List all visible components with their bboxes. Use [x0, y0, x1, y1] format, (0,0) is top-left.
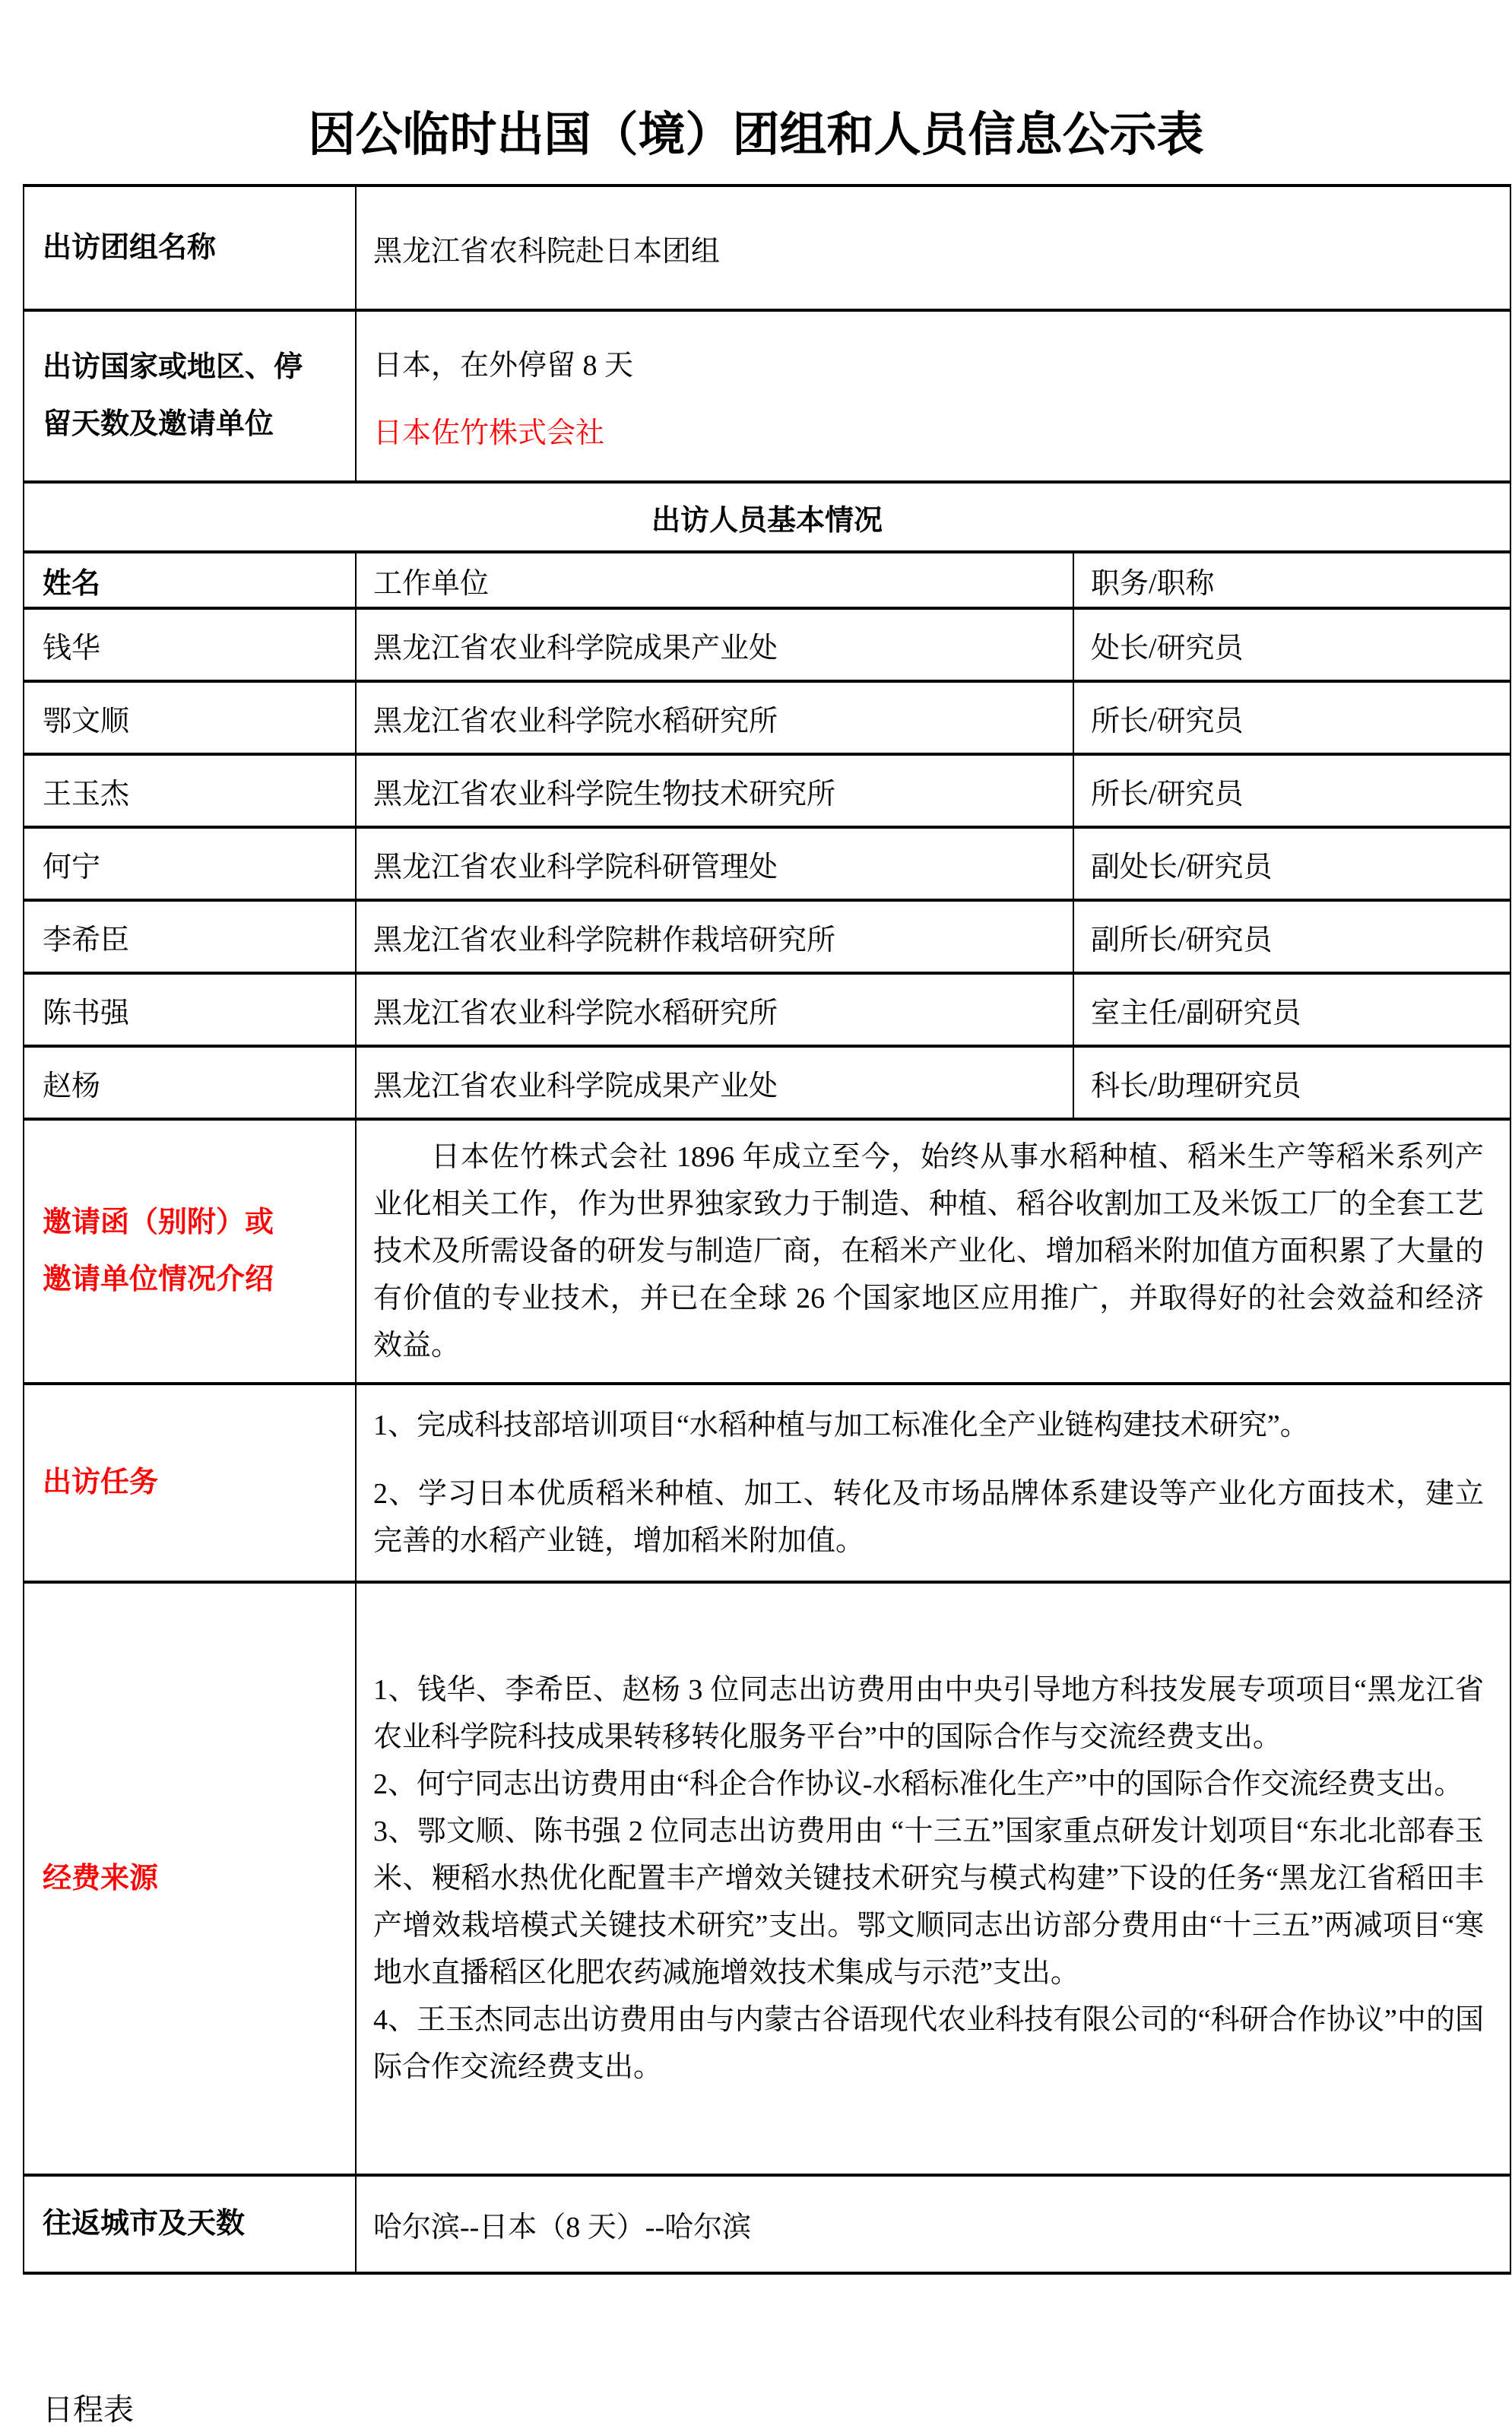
person-title: 所长/研究员 [1073, 754, 1510, 827]
funding-item: 4、王玉杰同志出访费用由与内蒙古谷语现代农业科技有限公司的“科研合作协议”中的国… [373, 1996, 1484, 2091]
person-unit: 黑龙江省农业科学院水稻研究所 [356, 681, 1073, 754]
table-row: 赵杨 黑龙江省农业科学院成果产业处 科长/助理研究员 [24, 1046, 1510, 1119]
row-invitation: 邀请函（别附）或 邀请单位情况介绍 日本佐竹株式会社 1896 年成立至今，始终… [24, 1119, 1510, 1384]
table-row: 王玉杰 黑龙江省农业科学院生物技术研究所 所长/研究员 [24, 754, 1510, 827]
destination-value-cell: 日本，在外停留 8 天 日本佐竹株式会社 [356, 310, 1510, 482]
col-header-name: 姓名 [24, 552, 356, 608]
row-funding: 经费来源 1、钱华、李希臣、赵杨 3 位同志出访费用由中央引导地方科技发展专项项… [24, 1582, 1510, 2175]
person-unit: 黑龙江省农业科学院科研管理处 [356, 827, 1073, 900]
person-title: 副处长/研究员 [1073, 827, 1510, 900]
funding-item: 3、鄂文顺、陈书强 2 位同志出访费用由 “十三五”国家重点研发计划项目“东北北… [373, 1808, 1484, 1996]
row-tasks: 出访任务 1、完成科技部培训项目“水稻种植与加工标准化全产业链构建技术研究”。 … [24, 1384, 1510, 1582]
person-name: 赵杨 [24, 1046, 356, 1119]
person-name: 陈书强 [24, 973, 356, 1046]
task-item: 1、完成科技部培训项目“水稻种植与加工标准化全产业链构建技术研究”。 [373, 1402, 1484, 1449]
destination-country-days: 日本，在外停留 8 天 [373, 341, 1484, 383]
person-title: 室主任/副研究员 [1073, 973, 1510, 1046]
table-row: 鄂文顺 黑龙江省农业科学院水稻研究所 所长/研究员 [24, 681, 1510, 754]
person-name: 何宁 [24, 827, 356, 900]
tasks-label: 出访任务 [24, 1384, 356, 1582]
funding-label: 经费来源 [24, 1582, 356, 2175]
funding-cell: 1、钱华、李希臣、赵杨 3 位同志出访费用由中央引导地方科技发展专项项目“黑龙江… [356, 1582, 1510, 2175]
page-title: 因公临时出国（境）团组和人员信息公示表 [0, 105, 1512, 166]
row-destination: 出访国家或地区、停 留天数及邀请单位 日本，在外停留 8 天 日本佐竹株式会社 [24, 310, 1510, 482]
route-label: 往返城市及天数 [24, 2175, 356, 2273]
table-row: 陈书强 黑龙江省农业科学院水稻研究所 室主任/副研究员 [24, 973, 1510, 1046]
task-item: 2、学习日本优质稻米种植、加工、转化及市场品牌体系建设等产业化方面技术，建立完善… [373, 1470, 1484, 1565]
person-name: 李希臣 [24, 900, 356, 973]
schedule-note: 日程表 [43, 2386, 134, 2429]
row-section-header: 出访人员基本情况 [24, 482, 1510, 552]
document-page: { "page": { "title": "因公临时出国（境）团组和人员信息公示… [0, 0, 1512, 2428]
person-title: 科长/助理研究员 [1073, 1046, 1510, 1119]
route-value: 哈尔滨--日本（8 天）--哈尔滨 [356, 2175, 1510, 2273]
tasks-cell: 1、完成科技部培训项目“水稻种植与加工标准化全产业链构建技术研究”。 2、学习日… [356, 1384, 1510, 1582]
person-name: 鄂文顺 [24, 681, 356, 754]
person-unit: 黑龙江省农业科学院生物技术研究所 [356, 754, 1073, 827]
person-unit: 黑龙江省农业科学院成果产业处 [356, 608, 1073, 681]
inviting-unit: 日本佐竹株式会社 [373, 409, 1484, 451]
person-title: 所长/研究员 [1073, 681, 1510, 754]
destination-label: 出访国家或地区、停 留天数及邀请单位 [24, 310, 356, 482]
personnel-section-title: 出访人员基本情况 [24, 482, 1510, 552]
person-name: 王玉杰 [24, 754, 356, 827]
invitation-text: 日本佐竹株式会社 1896 年成立至今，始终从事水稻种植、稻米生产等稻米系列产业… [373, 1134, 1484, 1369]
person-unit: 黑龙江省农业科学院成果产业处 [356, 1046, 1073, 1119]
row-personnel-header: 姓名 工作单位 职务/职称 [24, 552, 1510, 608]
invitation-label: 邀请函（别附）或 邀请单位情况介绍 [24, 1119, 356, 1384]
info-table: 出访团组名称 黑龙江省农科院赴日本团组 出访国家或地区、停 留天数及邀请单位 日… [23, 184, 1511, 2275]
person-unit: 黑龙江省农业科学院水稻研究所 [356, 973, 1073, 1046]
group-name-value: 黑龙江省农科院赴日本团组 [356, 186, 1510, 310]
person-title: 处长/研究员 [1073, 608, 1510, 681]
col-header-unit: 工作单位 [356, 552, 1073, 608]
row-route: 往返城市及天数 哈尔滨--日本（8 天）--哈尔滨 [24, 2175, 1510, 2273]
invitation-text-cell: 日本佐竹株式会社 1896 年成立至今，始终从事水稻种植、稻米生产等稻米系列产业… [356, 1119, 1510, 1384]
person-title: 副所长/研究员 [1073, 900, 1510, 973]
col-header-title: 职务/职称 [1073, 552, 1510, 608]
funding-item: 1、钱华、李希臣、赵杨 3 位同志出访费用由中央引导地方科技发展专项项目“黑龙江… [373, 1666, 1484, 1761]
person-unit: 黑龙江省农业科学院耕作栽培研究所 [356, 900, 1073, 973]
person-name: 钱华 [24, 608, 356, 681]
group-name-label: 出访团组名称 [24, 186, 356, 310]
table-row: 李希臣 黑龙江省农业科学院耕作栽培研究所 副所长/研究员 [24, 900, 1510, 973]
funding-item: 2、何宁同志出访费用由“科企合作协议-水稻标准化生产”中的国际合作交流经费支出。 [373, 1761, 1484, 1808]
table-row: 何宁 黑龙江省农业科学院科研管理处 副处长/研究员 [24, 827, 1510, 900]
table-row: 钱华 黑龙江省农业科学院成果产业处 处长/研究员 [24, 608, 1510, 681]
row-group-name: 出访团组名称 黑龙江省农科院赴日本团组 [24, 186, 1510, 310]
